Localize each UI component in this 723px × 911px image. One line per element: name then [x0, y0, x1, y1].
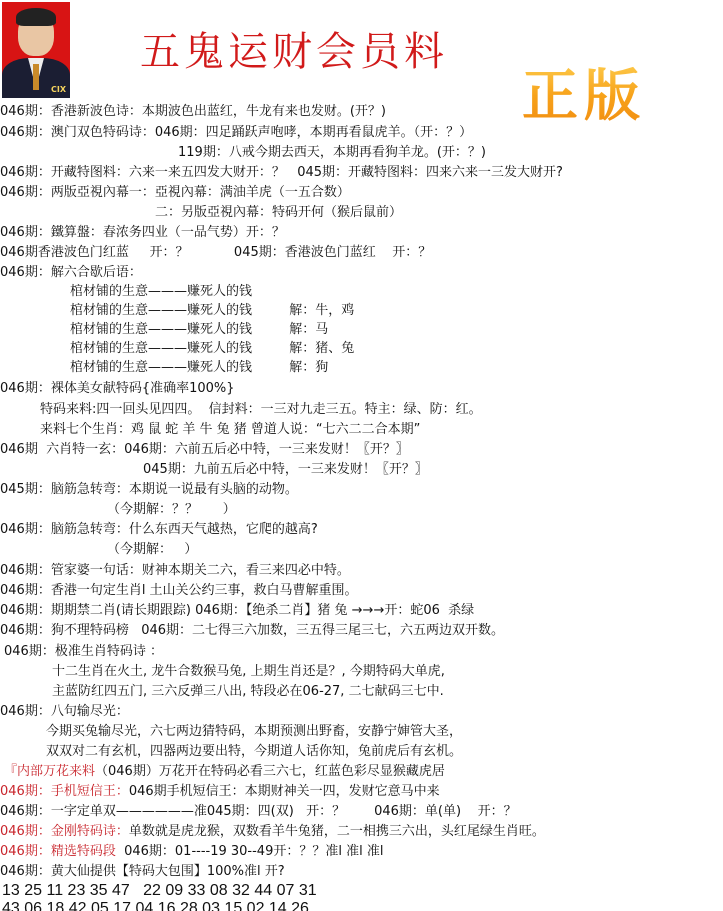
text-line: 046期：香港新波色诗：本期波色出蓝红，牛龙有来也发财。(开？) — [0, 103, 386, 121]
number-row: 43 06 18 42 05 17 04 16 28 03 15 02 14 2… — [2, 900, 309, 911]
text-line: 046期：澳门双色特码诗：046期：四足踊跃声咆哮，本期再看鼠虎羊。（开：？） — [0, 124, 472, 142]
text-line: 046期：鐵算盤：春浓务四业（一品气势）开：？ — [0, 224, 285, 242]
text-line: 046期：八句输尽光： — [0, 703, 129, 721]
line-text: 棺材铺的生意———赚死人的钱 — [70, 284, 252, 299]
text-line: 棺材铺的生意———赚死人的钱 解：狗 — [70, 359, 328, 377]
line-text: 046期：管家婆一句话：财神本期关二六，看三来四必中特。 — [0, 563, 350, 578]
photo-watermark: CIX — [51, 85, 66, 94]
line-text: 棺材铺的生意———赚死人的钱 解：马 — [70, 322, 328, 337]
text-line: 046期：黄大仙提供【特码大包围】100%准l 开? — [0, 863, 285, 881]
text-line: 『内部万花来料（046期）万花开在特码必看三六七，红蓝色彩尽显猴藏虎居 — [4, 763, 445, 781]
text-line: （今期解： ） — [107, 541, 197, 559]
text-line: 十二生肖在火土, 龙牛合数猴马兔, 上期生肖还是？, 今期特码大单虎, — [52, 663, 445, 681]
text-line: 119期：八戒今期去西天，本期再看狗羊龙。(开：？) — [178, 144, 486, 162]
line-text: 046期：狗不理特码榜 046期：二七得三六加数，三五得三尾三七，六五两边双开数… — [0, 623, 504, 638]
text-line: 棺材铺的生意———赚死人的钱 解：马 — [70, 321, 328, 339]
text-line: 046期：脑筋急转弯：什么东西天气越热，它爬的越高? — [0, 521, 318, 539]
text-line: 棺材铺的生意———赚死人的钱 — [70, 283, 252, 301]
line-text: 046期：脑筋急转弯：什么东西天气越热，它爬的越高? — [0, 522, 318, 537]
avatar-photo: CIX — [2, 2, 70, 98]
text-line: 046期 六肖特一玄：046期：六前五后必中特，一三来发财！〖开？〗 — [0, 441, 409, 459]
text-line: 二：另版亞視內幕：特码开何（猴后鼠前） — [155, 204, 402, 222]
text-line: 046期：狗不理特码榜 046期：二七得三六加数，三五得三尾三七，六五两边双开数… — [0, 622, 504, 640]
line-text: 046期手机短信王：本期财神关一四，发财它意马中来 — [129, 784, 440, 799]
line-text: 主蓝防红四五门, 三六反弹三八出, 特段必在06-27, 二七献码三七中. — [52, 684, 444, 699]
highlight-label: 046期：精选特码段 — [0, 844, 116, 859]
line-text: 046期：开藏特图料：六来一来五四发大财开：？ 045期：开藏特图料：四来六来一… — [0, 165, 563, 180]
line-text: 046期：期期禁二肖(请长期跟踪) 046期：【绝杀二肖】猪 兔 →→→开：蛇0… — [0, 603, 474, 618]
text-line: 046期：两版亞視內幕一：亞視內幕：满油羊虎（一五合数） — [0, 184, 350, 202]
line-text: 046期：香港一句定生肖l 土山关公约三事，救白马曹解重围。 — [0, 583, 358, 598]
line-text: 119期：八戒今期去西天，本期再看狗羊龙。(开：？) — [178, 145, 486, 160]
line-text: 二：另版亞視內幕：特码开何（猴后鼠前） — [155, 205, 402, 220]
text-line: 046期：香港一句定生肖l 土山关公约三事，救白马曹解重围。 — [0, 582, 358, 600]
highlight-label: 046期：金刚特码诗： — [0, 824, 129, 839]
text-line: 046期：期期禁二肖(请长期跟踪) 046期：【绝杀二肖】猪 兔 →→→开：蛇0… — [0, 602, 474, 620]
text-line: 046期：极准生肖特码诗 ： — [4, 643, 163, 661]
page-title: 五鬼运财会员料 — [140, 20, 448, 77]
text-line: 棺材铺的生意———赚死人的钱 解：牛，鸡 — [70, 302, 354, 320]
line-text: （046期）万花开在特码必看三六七，红蓝色彩尽显猴藏虎居 — [95, 764, 445, 779]
text-line: 046期：一字定单双——————准045期：四(双) 开：？ 046期：单(单)… — [0, 803, 517, 821]
text-line: 046期：裸体美女献特码{准确率100%} — [0, 380, 235, 398]
number-row: 13 25 11 23 35 47 22 09 33 08 32 44 07 3… — [2, 882, 317, 900]
line-text: 046期：黄大仙提供【特码大包围】100%准l 开? — [0, 864, 285, 879]
text-line: （今期解：？？ ） — [107, 501, 236, 519]
line-text: 046期 六肖特一玄：046期：六前五后必中特，一三来发财！〖开？〗 — [0, 442, 409, 457]
text-line: 046期：管家婆一句话：财神本期关二六，看三来四必中特。 — [0, 562, 350, 580]
text-line: 045期：九前五后必中特，一三来发财！〖开？〗 — [143, 461, 428, 479]
line-text: 单数就是虎龙猴，双数看羊牛兔猪，二一相携三六出，头红尾绿生肖旺。 — [129, 824, 545, 839]
line-text: （今期解： ） — [107, 542, 197, 557]
text-line: 今期买兔输尽光，六七两边猜特码，本期预测出野畜，安静宁婶管大圣， — [46, 723, 462, 741]
line-text: 今期买兔输尽光，六七两边猜特码，本期预测出野畜，安静宁婶管大圣， — [46, 724, 462, 739]
line-text: 045期：九前五后必中特，一三来发财！〖开？〗 — [143, 462, 428, 477]
line-text: 特码来料:四一回头见四四。 信封料：一三对九走三五。特主：绿、防：红。 — [40, 402, 482, 417]
text-line: 046期：精选特码段 046期：01----19 30--49开：？？准l 准l… — [0, 843, 383, 861]
line-text: 来料七个生肖：鸡 鼠 蛇 羊 牛 兔 猪 曾道人说：“七六二二合本期” — [40, 422, 420, 437]
text-line: 双双对二有玄机，四器两边要出特，今期道人话你知，兔前虎后有玄机。 — [46, 743, 462, 761]
line-text: 十二生肖在火土, 龙牛合数猴马兔, 上期生肖还是？, 今期特码大单虎, — [52, 664, 445, 679]
genuine-badge: 正版 — [522, 52, 646, 132]
line-text: （今期解：？？ ） — [107, 502, 236, 517]
text-line: 特码来料:四一回头见四四。 信封料：一三对九走三五。特主：绿、防：红。 — [40, 401, 482, 419]
line-text: 046期：八句输尽光： — [0, 704, 129, 719]
line-text: 046期：澳门双色特码诗：046期：四足踊跃声咆哮，本期再看鼠虎羊。（开：？） — [0, 125, 472, 140]
line-text: 046期：两版亞視內幕一：亞視內幕：满油羊虎（一五合数） — [0, 185, 350, 200]
highlight-label: 046期：手机短信王： — [0, 784, 129, 799]
line-text: 046期：一字定单双——————准045期：四(双) 开：？ 046期：单(单)… — [0, 804, 517, 819]
line-text: 046期：裸体美女献特码{准确率100%} — [0, 381, 235, 396]
text-line: 主蓝防红四五门, 三六反弹三八出, 特段必在06-27, 二七献码三七中. — [52, 683, 444, 701]
text-line: 046期香港波色门红蓝 开：？ 045期：香港波色门蓝红 开：？ — [0, 244, 431, 262]
line-text: 045期：脑筋急转弯：本期说一说最有头脑的动物。 — [0, 482, 298, 497]
line-text: 棺材铺的生意———赚死人的钱 解：牛，鸡 — [70, 303, 354, 318]
text-line: 046期：解六合歇后语： — [0, 264, 142, 282]
line-text: 046期：鐵算盤：春浓务四业（一品气势）开：？ — [0, 225, 285, 240]
text-line: 046期：开藏特图料：六来一来五四发大财开：？ 045期：开藏特图料：四来六来一… — [0, 164, 563, 182]
text-line: 来料七个生肖：鸡 鼠 蛇 羊 牛 兔 猪 曾道人说：“七六二二合本期” — [40, 421, 420, 439]
text-line: 045期：脑筋急转弯：本期说一说最有头脑的动物。 — [0, 481, 298, 499]
text-line: 046期：手机短信王：046期手机短信王：本期财神关一四，发财它意马中来 — [0, 783, 440, 801]
line-text: 棺材铺的生意———赚死人的钱 解：狗 — [70, 360, 328, 375]
text-line: 046期：金刚特码诗：单数就是虎龙猴，双数看羊牛兔猪，二一相携三六出，头红尾绿生… — [0, 823, 545, 841]
line-text: 046期：解六合歇后语： — [0, 265, 142, 280]
line-text: 046期香港波色门红蓝 开：？ 045期：香港波色门蓝红 开：？ — [0, 245, 431, 260]
line-text: 046期：香港新波色诗：本期波色出蓝红，牛龙有来也发财。(开？) — [0, 104, 386, 119]
highlight-label: 『内部万花来料 — [4, 764, 95, 779]
text-line: 棺材铺的生意———赚死人的钱 解：猪、兔 — [70, 340, 354, 358]
line-text: 双双对二有玄机，四器两边要出特，今期道人话你知，兔前虎后有玄机。 — [46, 744, 462, 759]
line-text: 棺材铺的生意———赚死人的钱 解：猪、兔 — [70, 341, 354, 356]
line-text: 046期：极准生肖特码诗 ： — [4, 644, 163, 659]
line-text: 046期：01----19 30--49开：？？准l 准l 准l — [116, 844, 384, 859]
